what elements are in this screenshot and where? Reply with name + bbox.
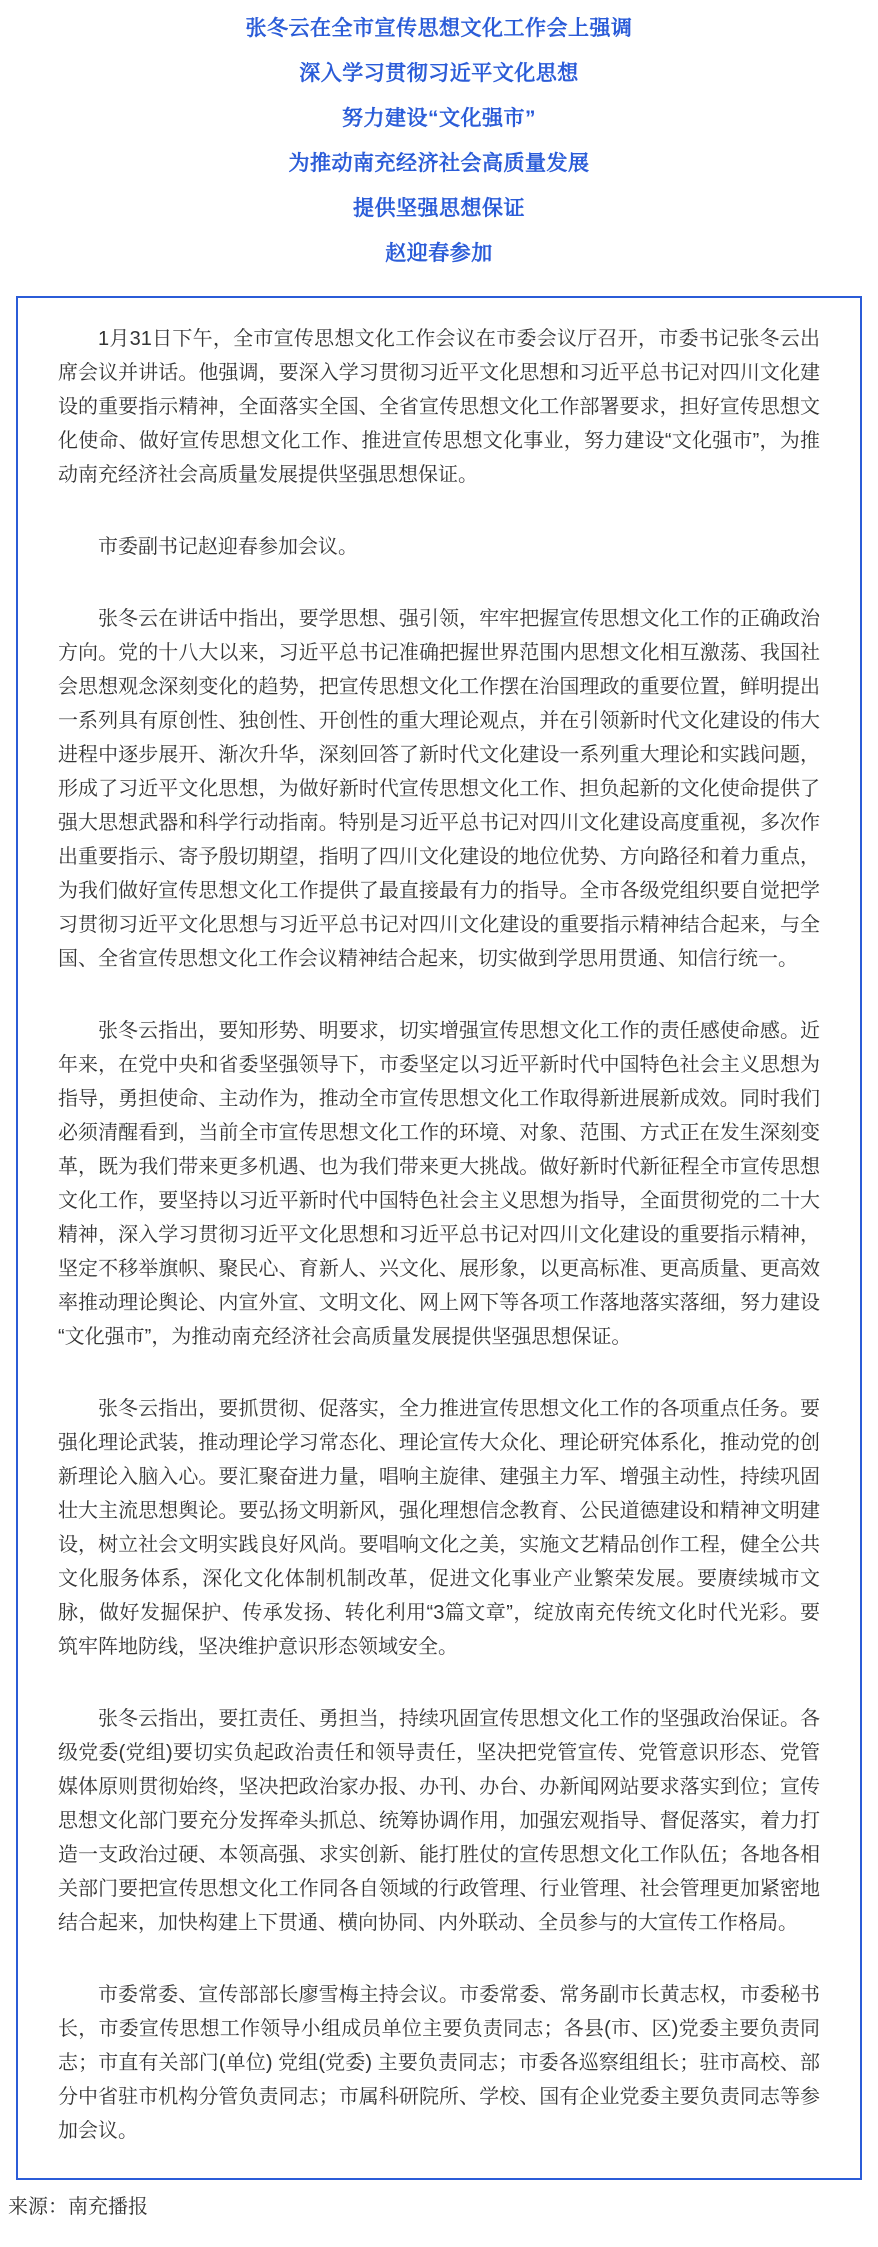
article-paragraph-2: 市委副书记赵迎春参加会议。	[58, 530, 820, 564]
article-paragraph-1: 1月31日下午，全市宣传思想文化工作会议在市委会议厅召开，市委书记张冬云出席会议…	[58, 322, 820, 492]
title-line-4: 为推动南充经济社会高质量发展	[0, 141, 878, 186]
title-line-3: 努力建设“文化强市”	[0, 96, 878, 141]
source-line: 来源：南充播报	[8, 2192, 878, 2222]
title-line-6: 赵迎春参加	[0, 231, 878, 276]
title-line-2: 深入学习贯彻习近平文化思想	[0, 51, 878, 96]
title-line-1: 张冬云在全市宣传思想文化工作会上强调	[0, 6, 878, 51]
article-body-box: 1月31日下午，全市宣传思想文化工作会议在市委会议厅召开，市委书记张冬云出席会议…	[16, 296, 862, 2180]
article-paragraph-3: 张冬云在讲话中指出，要学思想、强引领，牢牢把握宣传思想文化工作的正确政治方向。党…	[58, 602, 820, 976]
article-paragraph-6: 张冬云指出，要扛责任、勇担当，持续巩固宣传思想文化工作的坚强政治保证。各级党委(…	[58, 1702, 820, 1940]
article-paragraph-4: 张冬云指出，要知形势、明要求，切实增强宣传思想文化工作的责任感使命感。近年来，在…	[58, 1014, 820, 1354]
article-paragraph-7: 市委常委、宣传部部长廖雪梅主持会议。市委常委、常务副市长黄志权，市委秘书长，市委…	[58, 1978, 820, 2148]
title-line-5: 提供坚强思想保证	[0, 186, 878, 231]
article-title: 张冬云在全市宣传思想文化工作会上强调 深入学习贯彻习近平文化思想 努力建设“文化…	[0, 0, 878, 276]
article-paragraph-5: 张冬云指出，要抓贯彻、促落实，全力推进宣传思想文化工作的各项重点任务。要强化理论…	[58, 1392, 820, 1664]
